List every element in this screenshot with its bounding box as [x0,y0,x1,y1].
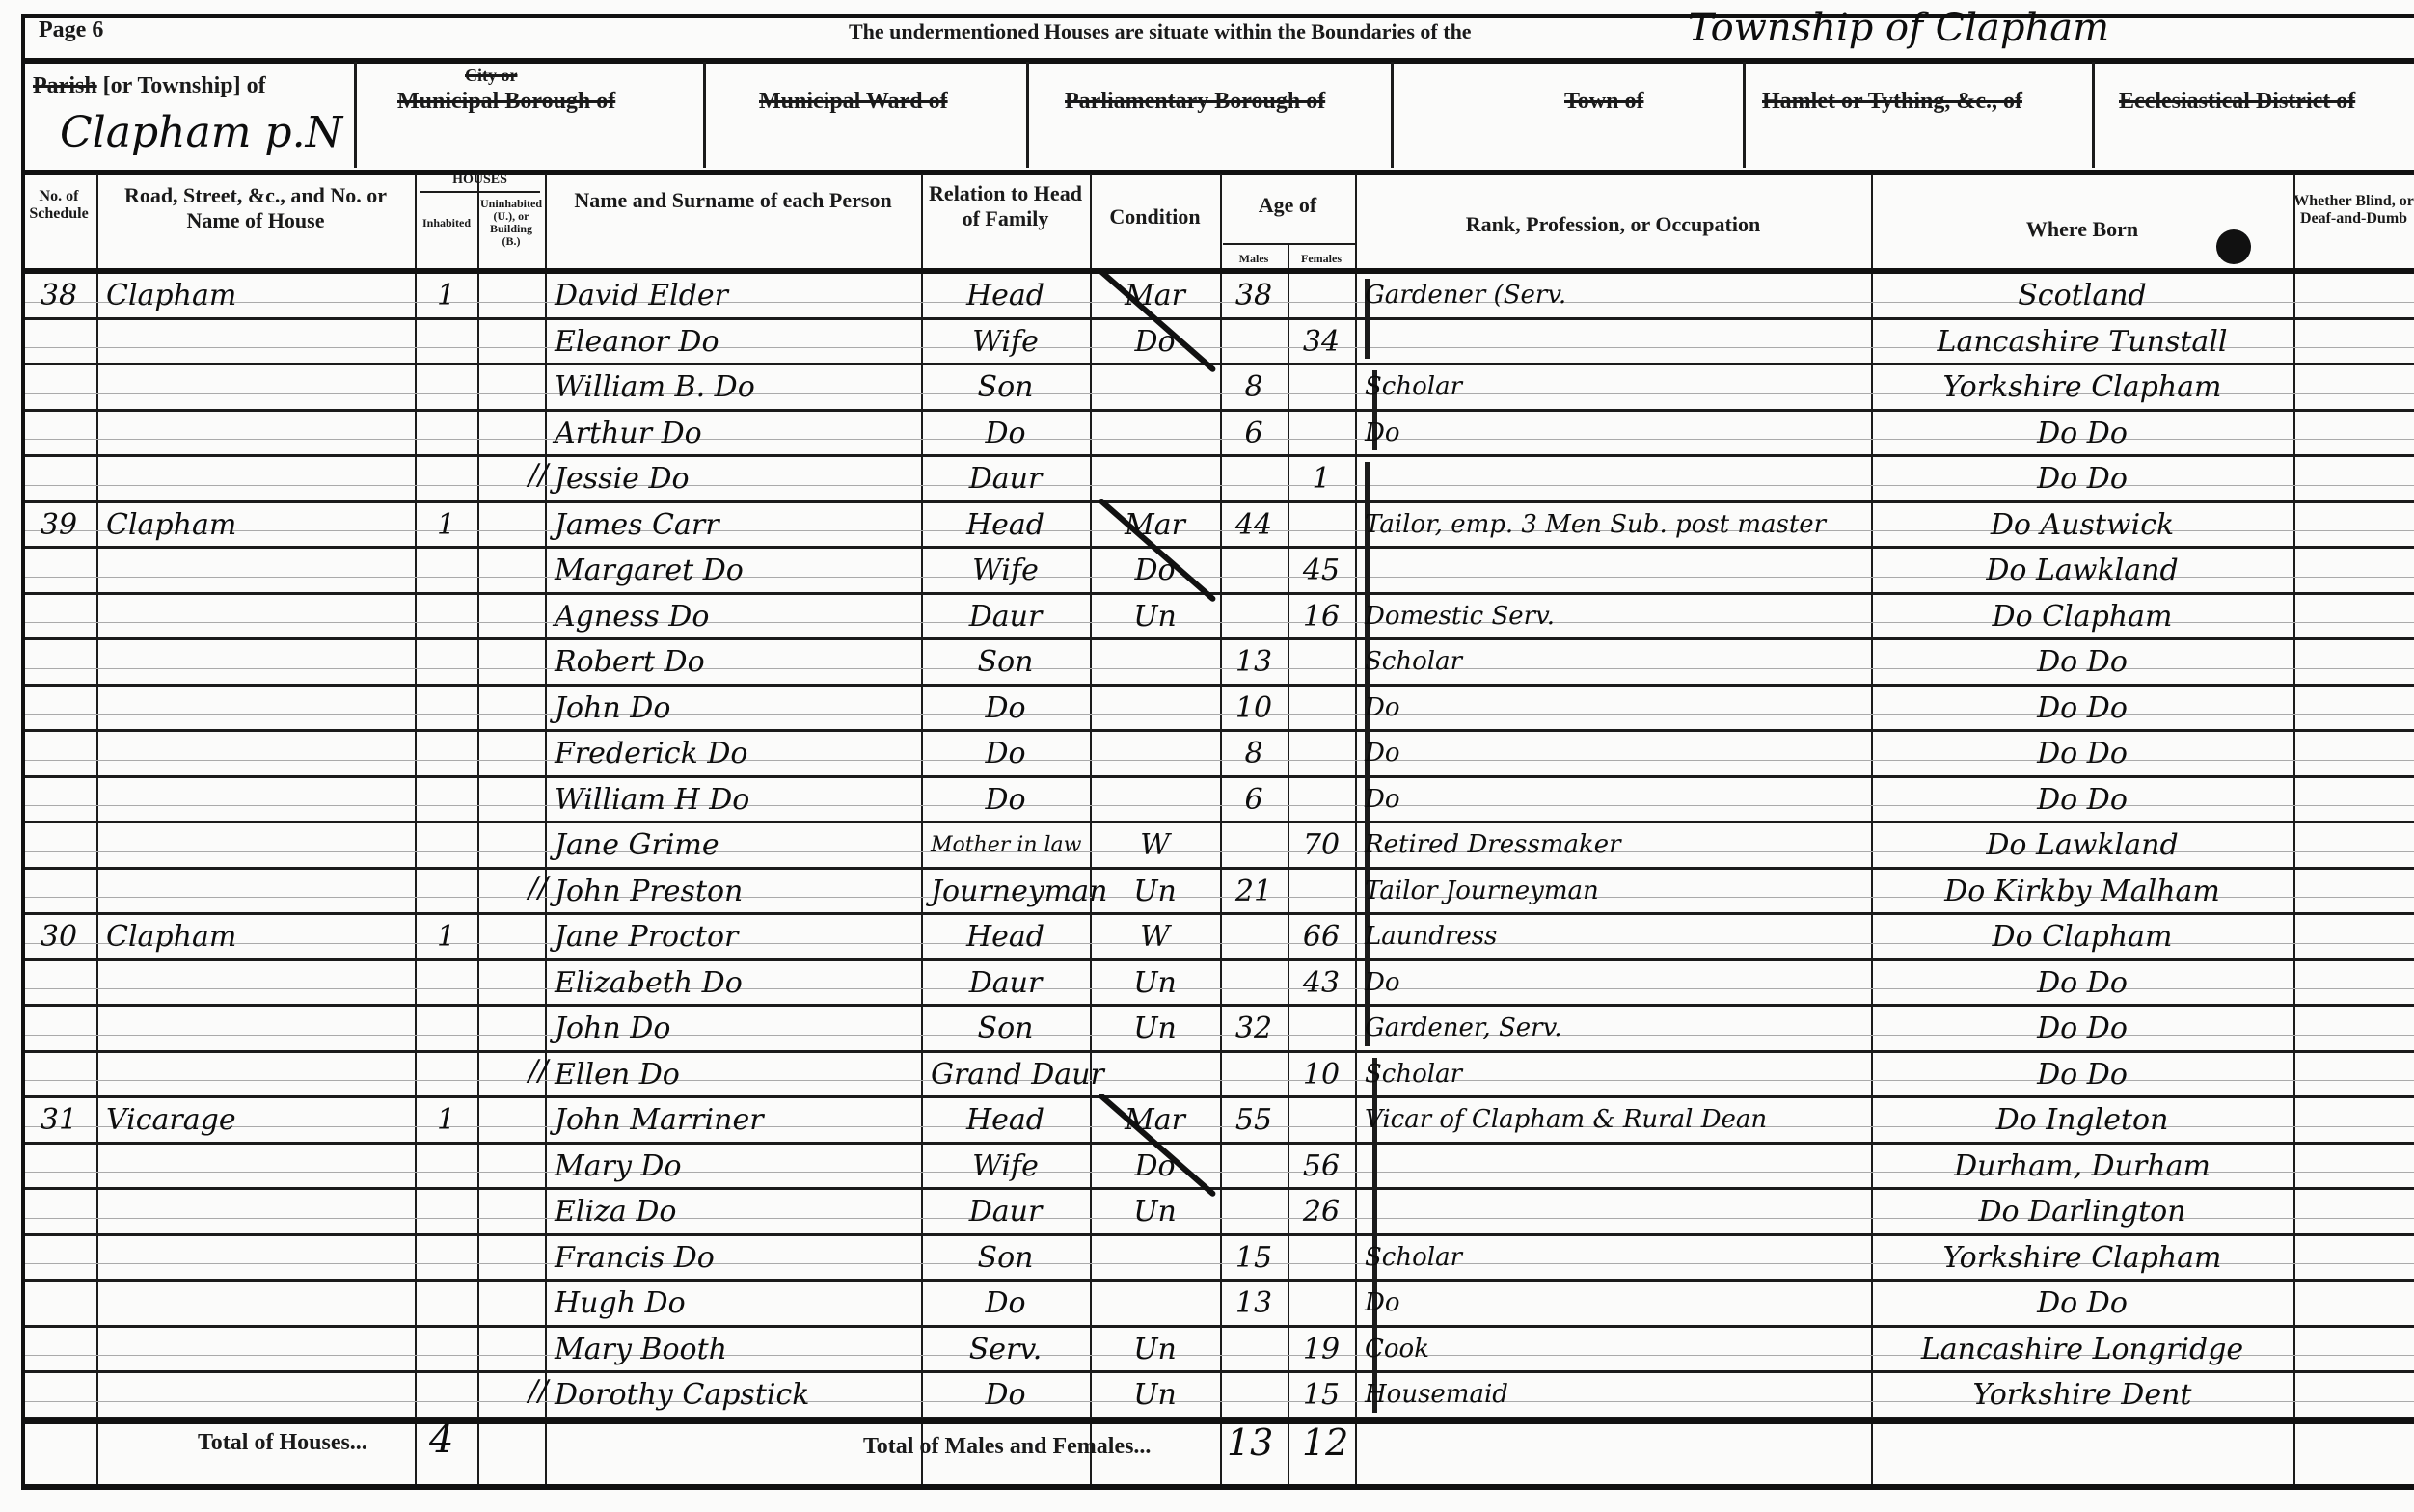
cell-road: Vicarage [106,1097,405,1143]
cell-road [106,960,405,1006]
cell-name: Elizabeth Do [555,960,911,1006]
cell-male-age: 10 [1230,686,1278,731]
cell-blind [2303,1144,2404,1189]
cell-female-age: 15 [1297,1372,1345,1417]
cell-schedule [31,1372,87,1417]
cell-inhabited [424,869,468,914]
cell-road [106,823,405,868]
cell-schedule [31,364,87,410]
cell-uninhabited [487,411,535,456]
cell-female-age: 16 [1297,594,1345,639]
cell-born: Do Do [1881,731,2284,776]
cell-born: Durham, Durham [1881,1144,2284,1189]
cell-blind [2303,273,2404,318]
cell-blind [2303,639,2404,685]
cell-born: Do Austwick [1881,502,2284,548]
divider [2092,62,2095,168]
cell-blind [2303,411,2404,456]
cell-road: Clapham [106,914,405,959]
cell-schedule [31,686,87,731]
cell-schedule: 30 [31,914,87,959]
total-houses-value: 4 [429,1417,453,1462]
cell-inhabited: 1 [424,502,468,548]
cell-schedule [31,411,87,456]
cell-inhabited [424,1189,468,1234]
cell-female-age: 70 [1297,823,1345,868]
cell-condition [1099,686,1210,731]
cell-female-age: 10 [1297,1052,1345,1097]
division-parliamentary-borough: Parliamentary Borough of [1065,89,1325,115]
cell-blind [2303,686,2404,731]
division-parish-value: Clapham p.N [60,108,342,157]
cell-occupation [1365,1144,1861,1189]
cell-inhabited [424,777,468,823]
cell-blind [2303,823,2404,868]
cell-inhabited [424,1235,468,1281]
column-divider [1355,174,1357,1486]
cell-female-age: 56 [1297,1144,1345,1189]
cell-female-age: 26 [1297,1189,1345,1234]
cell-inhabited [424,823,468,868]
cell-name: William H Do [555,777,911,823]
cell-occupation: Domestic Serv. [1365,594,1861,639]
cell-relation: Daur [931,1189,1080,1234]
header-occupation: Rank, Profession, or Occupation [1355,212,1871,237]
cell-male-age: 13 [1230,639,1278,685]
column-divider [1288,243,1289,1486]
cell-relation: Wife [931,548,1080,593]
cell-male-age: 32 [1230,1006,1278,1051]
header-houses: HOUSES [415,174,545,186]
cell-condition: Un [1099,1372,1210,1417]
cell-blind [2303,1006,2404,1051]
cell-relation: Head [931,273,1080,318]
column-divider [1090,174,1092,1486]
cell-inhabited [424,548,468,593]
cell-relation: Serv. [931,1327,1080,1372]
cell-occupation: Scholar [1365,364,1861,410]
cell-condition: Mar [1099,502,1210,548]
cell-male-age [1230,319,1278,364]
cell-born: Do Clapham [1881,914,2284,959]
household-end-mark: // [529,1054,548,1088]
cell-occupation: Do [1365,960,1861,1006]
header-road: Road, Street, &c., and No. or Name of Ho… [96,183,415,233]
cell-male-age [1230,914,1278,959]
cell-occupation: Do [1365,731,1861,776]
cell-relation: Mother in law [931,823,1080,868]
cell-road [106,869,405,914]
cell-born: Do Clapham [1881,594,2284,639]
header-blind: Whether Blind, or Deaf-and-Dumb [2293,193,2414,228]
cell-uninhabited [487,548,535,593]
cell-inhabited [424,319,468,364]
cell-name: John Do [555,686,911,731]
cell-road [106,548,405,593]
cell-uninhabited [487,1006,535,1051]
divider [703,62,706,168]
cell-uninhabited [487,686,535,731]
cell-uninhabited [487,364,535,410]
total-houses-label: Total of Houses... [198,1430,367,1456]
cell-male-age [1230,548,1278,593]
cell-occupation: Do [1365,1281,1861,1326]
cell-schedule [31,594,87,639]
header-inhabited: Inhabited [417,217,476,229]
cell-male-age [1230,1372,1278,1417]
cell-name: Mary Booth [555,1327,911,1372]
cell-born: Do Do [1881,1006,2284,1051]
cell-road [106,1052,405,1097]
cell-uninhabited [487,1097,535,1143]
cell-born: Yorkshire Clapham [1881,364,2284,410]
cell-blind [2303,960,2404,1006]
header-relation: Relation to Head of Family [921,181,1090,231]
cell-condition: Mar [1099,273,1210,318]
cell-female-age [1297,686,1345,731]
cell-male-age: 6 [1230,777,1278,823]
cell-male-age [1230,456,1278,501]
header-uninhabited: Uninhabited (U.), or Building (B.) [479,198,543,248]
census-page: Page 6 The undermentioned Houses are sit… [0,0,2414,1512]
cell-name: William B. Do [555,364,911,410]
cell-female-age [1297,1235,1345,1281]
cell-blind [2303,456,2404,501]
column-divider [477,174,479,1486]
cell-road [106,319,405,364]
rule [420,191,540,193]
cell-condition [1099,639,1210,685]
cell-relation: Do [931,1281,1080,1326]
division-municipal-borough: Municipal Borough of [397,89,615,115]
cell-road [106,1189,405,1234]
cell-male-age: 44 [1230,502,1278,548]
cell-female-age: 34 [1297,319,1345,364]
cell-road [106,456,405,501]
cell-male-age: 55 [1230,1097,1278,1143]
column-divider [415,174,417,1486]
cell-born: Do Do [1881,686,2284,731]
cell-occupation: Housemaid [1365,1372,1861,1417]
cell-born: Do Do [1881,411,2284,456]
cell-blind [2303,1281,2404,1326]
division-hamlet: Hamlet or Tything, &c., of [1762,89,2022,115]
cell-blind [2303,777,2404,823]
cell-inhabited [424,960,468,1006]
cell-female-age: 43 [1297,960,1345,1006]
cell-condition [1099,1235,1210,1281]
cell-uninhabited [487,1144,535,1189]
rule [21,170,2414,175]
cell-inhabited [424,639,468,685]
cell-road [106,731,405,776]
cell-female-age [1297,639,1345,685]
cell-schedule [31,1327,87,1372]
cell-name: Ellen Do [555,1052,911,1097]
cell-condition [1099,1052,1210,1097]
cell-relation: Do [931,411,1080,456]
cell-male-age [1230,594,1278,639]
cell-schedule [31,319,87,364]
cell-road [106,594,405,639]
cell-inhabited [424,411,468,456]
cell-uninhabited [487,731,535,776]
cell-blind [2303,502,2404,548]
cell-road: Clapham [106,502,405,548]
cell-schedule [31,731,87,776]
cell-uninhabited [487,1189,535,1234]
total-males-value: 13 [1227,1421,1273,1464]
cell-female-age [1297,273,1345,318]
cell-condition: Un [1099,1006,1210,1051]
column-divider [921,174,923,1486]
cell-female-age [1297,1097,1345,1143]
household-end-mark: // [529,1374,548,1408]
cell-inhabited [424,1327,468,1372]
cell-occupation: Scholar [1365,1235,1861,1281]
cell-uninhabited [487,1281,535,1326]
cell-occupation [1365,548,1861,593]
cell-uninhabited [487,1235,535,1281]
divider [1026,62,1029,168]
cell-blind [2303,1327,2404,1372]
cell-female-age [1297,411,1345,456]
ink-blot [2216,229,2251,264]
cell-female-age [1297,1006,1345,1051]
cell-born: Do Do [1881,777,2284,823]
cell-condition: Un [1099,869,1210,914]
cell-name: John Do [555,1006,911,1051]
cell-male-age [1230,1189,1278,1234]
total-persons-label: Total of Males and Females... [863,1434,1151,1460]
cell-occupation: Gardener (Serv. [1365,273,1861,318]
table-bottom-rule [21,1418,2414,1424]
cell-road [106,1006,405,1051]
cell-occupation [1365,1189,1861,1234]
division-town: Town of [1564,89,1643,115]
cell-born: Do Lawkland [1881,548,2284,593]
cell-condition: W [1099,823,1210,868]
cell-condition [1099,777,1210,823]
cell-schedule [31,639,87,685]
cell-male-age [1230,1327,1278,1372]
cell-uninhabited [487,319,535,364]
cell-condition: Un [1099,594,1210,639]
cell-blind [2303,548,2404,593]
cell-born: Do Kirkby Malham [1881,869,2284,914]
cell-road [106,1281,405,1326]
banner-printed-text: The undermentioned Houses are situate wi… [849,19,1472,44]
cell-inhabited [424,686,468,731]
header-name: Name and Surname of each Person [545,188,921,213]
cell-name: Frederick Do [555,731,911,776]
header-schedule: No. of Schedule [21,188,96,223]
cell-born: Do Do [1881,1281,2284,1326]
cell-male-age: 8 [1230,731,1278,776]
cell-schedule [31,1189,87,1234]
cell-name: Agness Do [555,594,911,639]
cell-blind [2303,1052,2404,1097]
cell-born: Do Ingleton [1881,1097,2284,1143]
cell-relation: Daur [931,594,1080,639]
cell-occupation [1365,319,1861,364]
totals-bottom-rule [21,1484,2414,1490]
cell-male-age: 13 [1230,1281,1278,1326]
cell-name: Mary Do [555,1144,911,1189]
cell-road [106,1372,405,1417]
total-females-value: 12 [1302,1421,1348,1464]
cell-schedule: 39 [31,502,87,548]
cell-male-age [1230,1144,1278,1189]
cell-schedule [31,456,87,501]
cell-inhabited [424,1372,468,1417]
cell-female-age: 66 [1297,914,1345,959]
cell-inhabited [424,1052,468,1097]
cell-uninhabited [487,914,535,959]
cell-name: Hugh Do [555,1281,911,1326]
cell-road [106,1235,405,1281]
header-condition: Condition [1090,204,1220,229]
cell-male-age [1230,1052,1278,1097]
cell-schedule: 38 [31,273,87,318]
cell-schedule [31,1235,87,1281]
cell-born: Lancashire Tunstall [1881,319,2284,364]
cell-blind [2303,731,2404,776]
column-divider [2293,174,2295,1486]
cell-born: Do Do [1881,456,2284,501]
division-ecclesiastical: Ecclesiastical District of [2119,89,2355,115]
cell-female-age [1297,777,1345,823]
page-number: Page 6 [39,17,103,43]
cell-inhabited [424,594,468,639]
cell-female-age [1297,364,1345,410]
cell-occupation: Tailor Journeyman [1365,869,1861,914]
cell-occupation: Do [1365,777,1861,823]
cell-road [106,364,405,410]
cell-born: Do Lawkland [1881,823,2284,868]
cell-road [106,777,405,823]
cell-road [106,686,405,731]
cell-relation: Son [931,639,1080,685]
cell-condition [1099,364,1210,410]
banner-township: Township of Clapham [1688,6,2109,50]
cell-uninhabited [487,1327,535,1372]
cell-blind [2303,1372,2404,1417]
cell-schedule [31,960,87,1006]
cell-condition: Do [1099,548,1210,593]
cell-occupation: Retired Dressmaker [1365,823,1861,868]
cell-condition [1099,456,1210,501]
cell-female-age: 19 [1297,1327,1345,1372]
cell-blind [2303,594,2404,639]
cell-condition [1099,411,1210,456]
cell-occupation: Cook [1365,1327,1861,1372]
cell-occupation: Tailor, emp. 3 Men Sub. post master [1365,502,1861,548]
cell-condition: Un [1099,1327,1210,1372]
cell-inhabited: 1 [424,273,468,318]
cell-female-age [1297,1281,1345,1326]
cell-relation: Grand Daur [931,1052,1080,1097]
cell-name: John Preston [555,869,911,914]
column-divider [96,174,98,1486]
cell-condition: Un [1099,1189,1210,1234]
cell-born: Lancashire Longridge [1881,1327,2284,1372]
cell-female-age [1297,502,1345,548]
header-age: Age of [1220,193,1355,218]
cell-inhabited: 1 [424,914,468,959]
cell-blind [2303,1189,2404,1234]
cell-schedule [31,1281,87,1326]
cell-relation: Head [931,502,1080,548]
cell-born: Do Darlington [1881,1189,2284,1234]
cell-road: Clapham [106,273,405,318]
cell-occupation [1365,456,1861,501]
cell-relation: Journeyman [931,869,1080,914]
parish-struck: Parish [33,73,97,98]
cell-schedule [31,823,87,868]
cell-road [106,639,405,685]
township-label: [or Township] of [103,73,266,98]
household-end-mark: // [529,871,548,904]
cell-relation: Son [931,364,1080,410]
cell-inhabited [424,456,468,501]
cell-schedule [31,869,87,914]
divider [1743,62,1746,168]
cell-uninhabited [487,502,535,548]
division-row: Parish [or Township] of Clapham p.N City… [21,62,2414,173]
cell-schedule [31,1006,87,1051]
cell-male-age: 8 [1230,364,1278,410]
cell-male-age [1230,960,1278,1006]
cell-uninhabited [487,639,535,685]
cell-born: Do Do [1881,960,2284,1006]
cell-relation: Daur [931,960,1080,1006]
division-municipal-ward: Municipal Ward of [759,89,948,115]
cell-female-age [1297,869,1345,914]
cell-schedule [31,1144,87,1189]
cell-relation: Wife [931,319,1080,364]
cell-occupation: Scholar [1365,1052,1861,1097]
cell-occupation: Gardener, Serv. [1365,1006,1861,1051]
cell-name: Arthur Do [555,411,911,456]
cell-road [106,411,405,456]
cell-relation: Head [931,1097,1080,1143]
cell-female-age [1297,731,1345,776]
cell-inhabited: 1 [424,1097,468,1143]
divider [1391,62,1394,168]
cell-relation: Do [931,686,1080,731]
cell-born: Yorkshire Clapham [1881,1235,2284,1281]
cell-schedule [31,548,87,593]
cell-relation: Son [931,1235,1080,1281]
cell-relation: Head [931,914,1080,959]
divider [354,62,357,168]
cell-male-age: 38 [1230,273,1278,318]
cell-uninhabited [487,777,535,823]
cell-name: Margaret Do [555,548,911,593]
cell-condition: W [1099,914,1210,959]
cell-inhabited [424,1144,468,1189]
cell-blind [2303,1097,2404,1143]
header-males: Males [1220,253,1288,265]
header-females: Females [1288,253,1355,265]
cell-blind [2303,1235,2404,1281]
cell-male-age [1230,823,1278,868]
cell-condition: Do [1099,1144,1210,1189]
cell-relation: Daur [931,456,1080,501]
cell-name: Jane Proctor [555,914,911,959]
cell-male-age: 15 [1230,1235,1278,1281]
